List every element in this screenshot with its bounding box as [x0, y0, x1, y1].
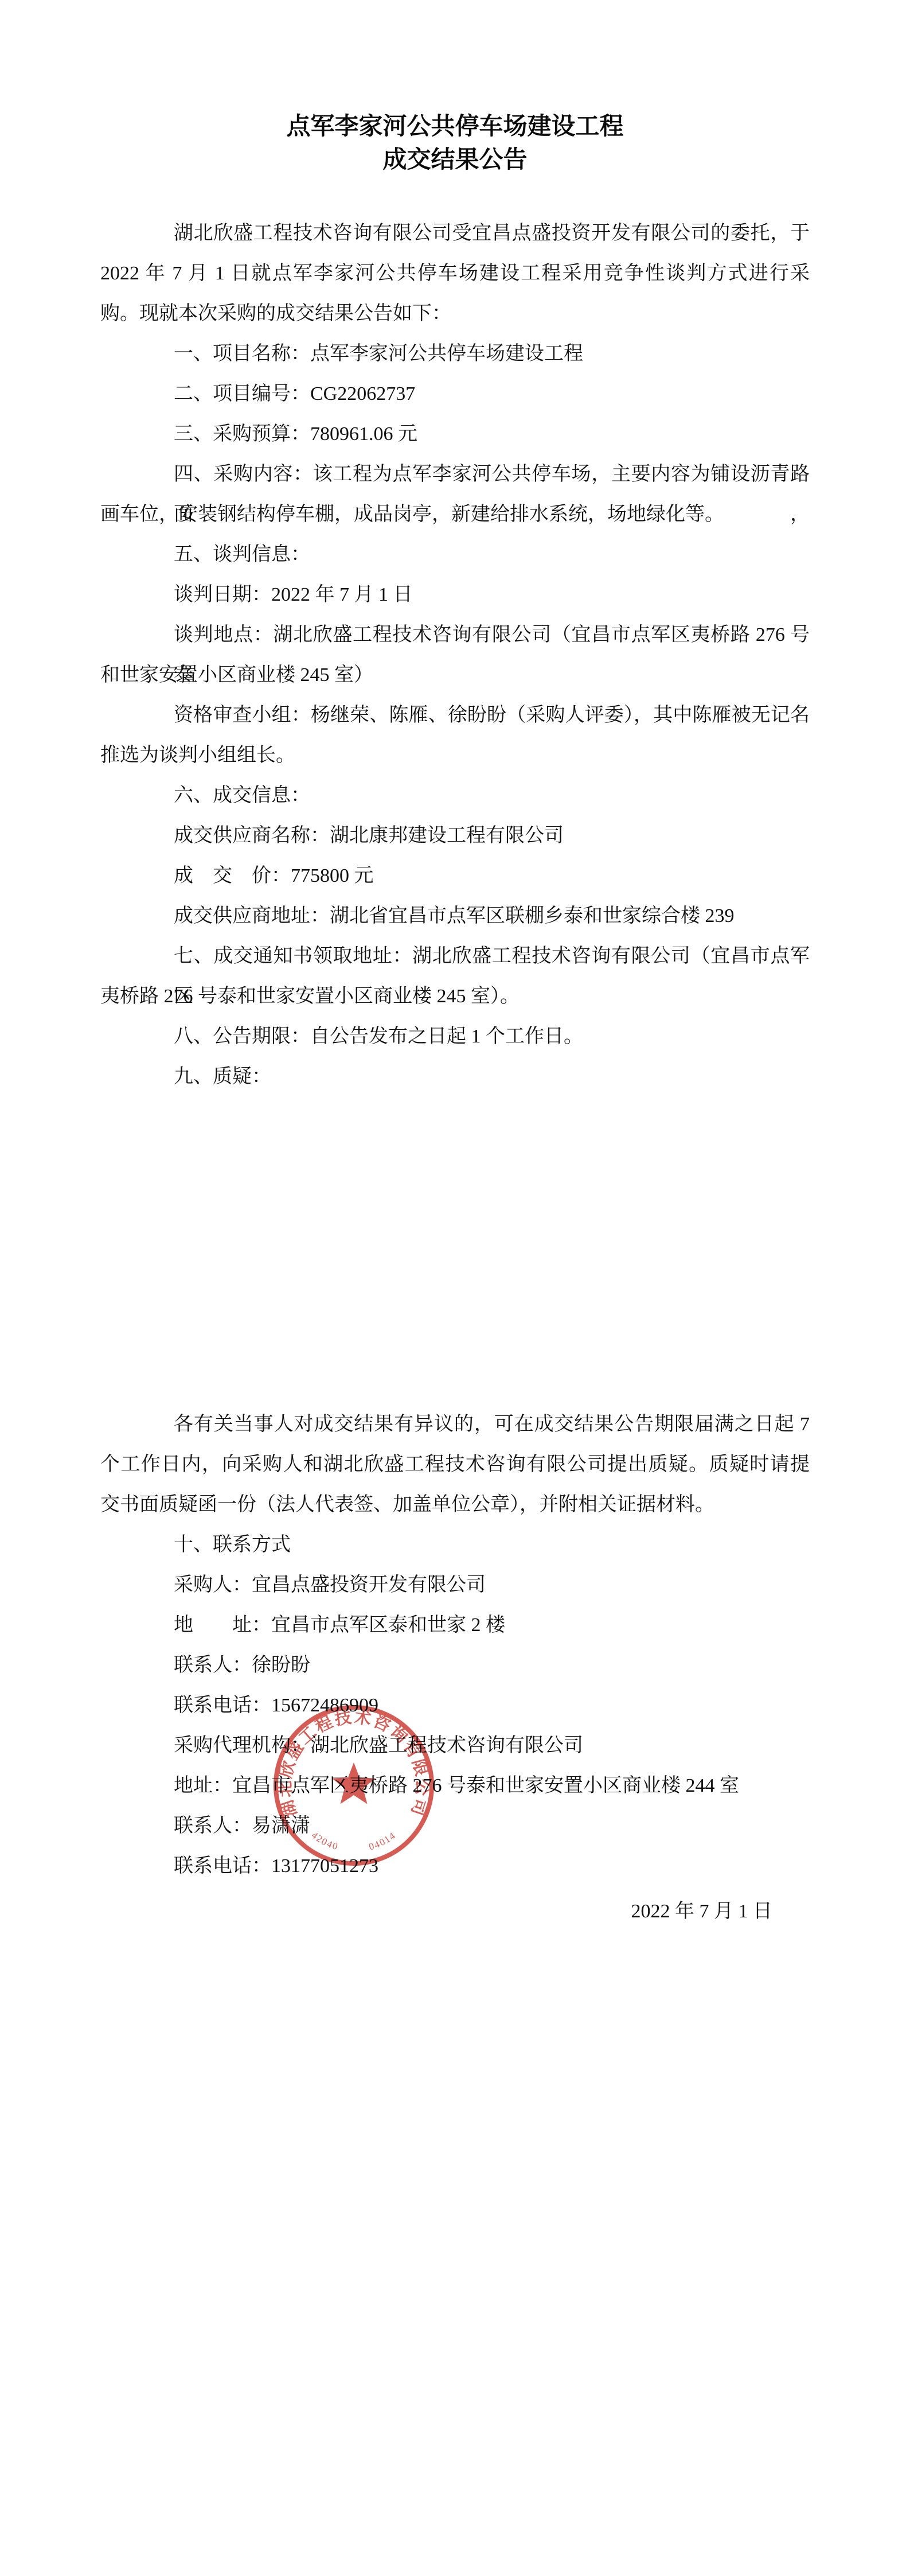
- document-line: 各有关当事人对成交结果有异议的，可在成交结果公告期限届满之日起 7: [100, 1404, 810, 1445]
- document-line: 成交供应商名称：湖北康邦建设工程有限公司: [100, 816, 810, 856]
- document-line: 地址：宜昌市点军区夷桥路 276 号泰和世家安置小区商业楼 244 室: [100, 1766, 810, 1806]
- document-line: 地 址：宜昌市点军区泰和世家 2 楼: [100, 1605, 810, 1645]
- document-line: 和世家安置小区商业楼 245 室）: [100, 655, 810, 695]
- body-text-block-1: 湖北欣盛工程技术咨询有限公司受宜昌点盛投资开发有限公司的委托，于2022 年 7…: [100, 213, 810, 1097]
- document-line: 成交供应商地址：湖北省宜昌市点军区联棚乡泰和世家综合楼 239: [100, 896, 810, 936]
- signature-date: 2022 年 7 月 1 日: [100, 1892, 810, 1932]
- document-line: 联系电话：15672486909: [100, 1686, 810, 1726]
- document-line: 四、采购内容：该工程为点军李家河公共停车场，主要内容为铺设沥青路面，: [100, 454, 810, 495]
- document-line: 个工作日内，向采购人和湖北欣盛工程技术咨询有限公司提出质疑。质疑时请提: [100, 1445, 810, 1485]
- document-line: 三、采购预算：780961.06 元: [100, 414, 810, 454]
- document-title: 点军李家河公共停车场建设工程 成交结果公告: [0, 110, 910, 177]
- document-line: 资格审查小组：杨继荣、陈雁、徐盼盼（采购人评委），其中陈雁被无记名: [100, 695, 810, 736]
- date-text: 2022 年 7 月 1 日: [631, 1901, 773, 1922]
- document-line: 十、联系方式: [100, 1525, 810, 1565]
- document-line: 联系人：徐盼盼: [100, 1645, 810, 1686]
- document-line: 推选为谈判小组组长。: [100, 736, 810, 776]
- document-line: 六、成交信息：: [100, 776, 810, 816]
- document-line: 画车位，安装钢结构停车棚，成品岗亭，新建给排水系统，场地绿化等。: [100, 495, 810, 535]
- document-line: 九、质疑：: [100, 1057, 810, 1097]
- document-line: 一、项目名称：点军李家河公共停车场建设工程: [100, 334, 810, 374]
- document-line: 湖北欣盛工程技术咨询有限公司受宜昌点盛投资开发有限公司的委托，于: [100, 213, 810, 254]
- body-text-block-2: 各有关当事人对成交结果有异议的，可在成交结果公告期限届满之日起 7个工作日内，向…: [100, 1404, 810, 1886]
- title-line-1: 点军李家河公共停车场建设工程: [0, 110, 910, 143]
- document-line: 成 交 价：775800 元: [100, 856, 810, 896]
- document-line: 2022 年 7 月 1 日就点军李家河公共停车场建设工程采用竞争性谈判方式进行…: [100, 254, 810, 294]
- document-line: 联系人：易潇潇: [100, 1806, 810, 1846]
- title-line-2: 成交结果公告: [0, 143, 910, 177]
- document-line: 二、项目编号：CG22062737: [100, 374, 810, 414]
- document-line: 交书面质疑函一份（法人代表签、加盖单位公章），并附相关证据材料。: [100, 1485, 810, 1525]
- document-line: 采购人：宜昌点盛投资开发有限公司: [100, 1565, 810, 1605]
- document-line: 谈判日期：2022 年 7 月 1 日: [100, 575, 810, 615]
- document-page: 点军李家河公共停车场建设工程 成交结果公告 湖北欣盛工程技术咨询有限公司受宜昌点…: [0, 0, 910, 2576]
- document-line: 采购代理机构：湖北欣盛工程技术咨询有限公司: [100, 1726, 810, 1766]
- document-line: 联系电话：13177051273: [100, 1846, 810, 1886]
- document-line: 八、公告期限：自公告发布之日起 1 个工作日。: [100, 1017, 810, 1057]
- document-line: 夷桥路 276 号泰和世家安置小区商业楼 245 室）。: [100, 976, 810, 1017]
- document-line: 七、成交通知书领取地址：湖北欣盛工程技术咨询有限公司（宜昌市点军区: [100, 936, 810, 976]
- document-line: 购。现就本次采购的成交结果公告如下：: [100, 294, 810, 334]
- document-line: 谈判地点：湖北欣盛工程技术咨询有限公司（宜昌市点军区夷桥路 276 号泰: [100, 615, 810, 655]
- document-line: 五、谈判信息：: [100, 535, 810, 575]
